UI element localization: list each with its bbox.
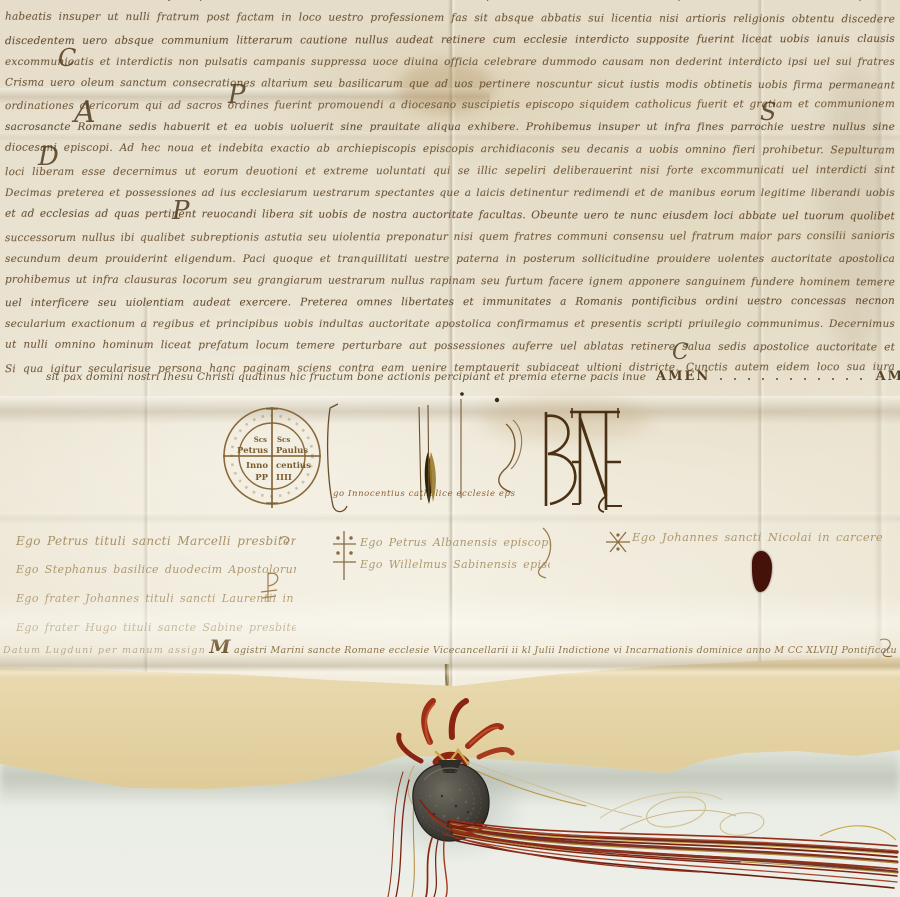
- rota-text: centius: [276, 461, 311, 471]
- manuscript-text-line: Decimas preterea et possessiones ad ius …: [5, 183, 895, 205]
- manuscript-text-line: successorum nullus ibi qualibet subrepti…: [5, 226, 895, 250]
- papal-rota: Scs Scs Petrus Paulus Inno centius PP II…: [220, 406, 324, 510]
- illuminated-initial: P: [228, 82, 246, 108]
- rota-text: Inno: [246, 461, 268, 471]
- manuscript-text-line: Crisma uero oleum sanctum consecrationes…: [5, 72, 895, 97]
- stain-mid: [480, 398, 650, 440]
- signature-line: Ego Willelmus Sabinensis episcopus: [360, 558, 550, 580]
- amen-word-clipped: AM: [876, 369, 900, 384]
- illuminated-initial: C: [58, 46, 76, 70]
- manuscript-text-line: ut nulli omnino hominum liceat prefatum …: [5, 335, 895, 360]
- rota-text: IIII: [276, 473, 292, 483]
- illuminated-initial: S: [760, 100, 776, 124]
- rota-text: Petrus: [237, 446, 268, 456]
- closing-text: sit pax domini nostri Ihesu Christi quat…: [46, 371, 646, 383]
- amen-word: AMEN: [656, 369, 710, 384]
- parchment-sheet: tas et libertates easdem quas predecesso…: [0, 0, 900, 800]
- manuscript-text-line: uel interficere seu uiolentiam audeat ex…: [5, 291, 895, 315]
- wax-blot: [752, 551, 772, 592]
- manuscript-text-line: loci liberam esse decernimus ut eorum de…: [5, 160, 895, 184]
- parchment-highlight: [0, 592, 900, 654]
- papal-subscription: go Innocentius catholice ecclesie eps: [333, 489, 516, 499]
- rota-drawing: Scs Scs Petrus Paulus Inno centius PP II…: [220, 406, 324, 510]
- illuminated-initial: D: [38, 144, 59, 170]
- manuscript-text-line: secundum deum prouiderint eligendum. Pac…: [5, 249, 895, 271]
- signature-line: Ego Petrus Albanensis episcopus: [360, 536, 550, 558]
- manuscript-text-line: excommunicatis et interdictis non pulsat…: [5, 52, 895, 74]
- rota-text: Paulus: [276, 446, 308, 456]
- charter-body-text: tas et libertates easdem quas predecesso…: [5, 0, 895, 380]
- manuscript-text-line: diocesani episcopi. Ad hec noua et indeb…: [5, 138, 895, 163]
- rota-text: Scs: [277, 435, 290, 444]
- illuminated-initial: P: [172, 198, 190, 224]
- rota-text: Scs: [254, 435, 267, 444]
- charter-photograph: tas et libertates easdem quas predecesso…: [0, 0, 900, 897]
- illuminated-initial: A: [74, 98, 96, 128]
- horizontal-crease-lower: [0, 512, 900, 524]
- seal-shadow: [382, 762, 527, 862]
- rota-text: PP: [255, 473, 268, 483]
- signature-line: Ego Stephanus basilice duodecim Apostolo…: [16, 563, 296, 592]
- manuscript-text-line: discedentem uero absque communium litter…: [5, 29, 895, 53]
- closing-line: sit pax domini nostri Ihesu Christi quat…: [46, 369, 896, 384]
- horizontal-fold-major: [0, 396, 900, 424]
- signature-line: Ego Petrus tituli sancti Marcelli presbi…: [16, 534, 296, 563]
- bishop-signatures-middle: Ego Petrus Albanensis episcopusEgo Wille…: [360, 536, 550, 580]
- manuscript-text-line: et ad ecclesias ad quas pertinent reuoca…: [5, 204, 895, 229]
- manuscript-text-line: prohibemus ut infra clausuras locorum se…: [5, 269, 895, 294]
- manuscript-text-line: habeatis insuper ut nulli fratrum post f…: [5, 6, 895, 31]
- illuminated-initial: C: [672, 342, 689, 364]
- bene-valete-monogram: [546, 408, 622, 512]
- amen-flourish-line: [720, 378, 865, 380]
- manuscript-text-line: secularium exactionum a regibus et princ…: [5, 314, 895, 336]
